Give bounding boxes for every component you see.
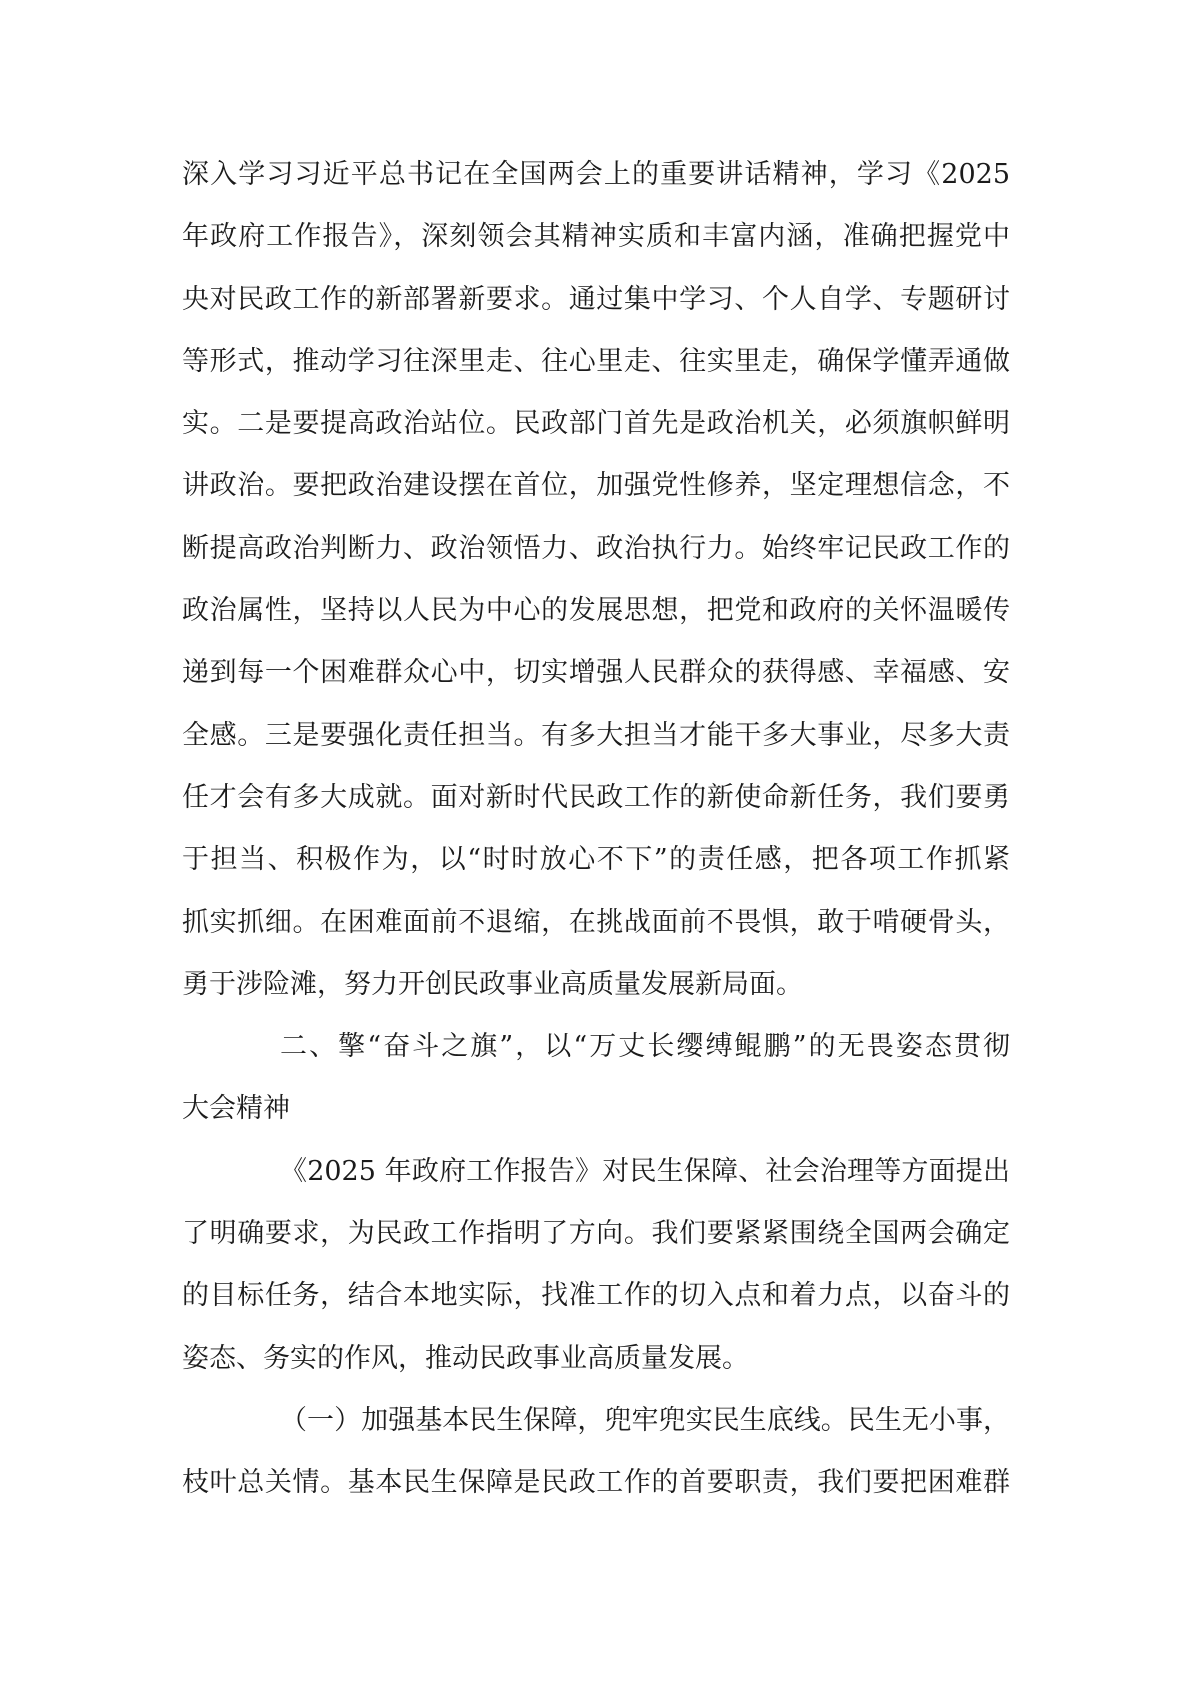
text-line: 实。二是要提高政治站位。民政部门首先是政治机关，必须旗帜鲜明 [182,393,1010,455]
paragraph-political-study: 深入学习习近平总书记在全国两会上的重要讲话精神，学习《2025 年政府工作报告》… [182,144,1010,1016]
text-line: 姿态、务实的作风，推动民政事业高质量发展。 [182,1328,1010,1390]
document-body: 深入学习习近平总书记在全国两会上的重要讲话精神，学习《2025 年政府工作报告》… [182,144,1010,1515]
text-line: 讲政治。要把政治建设摆在首位，加强党性修养，坚定理想信念，不 [182,455,1010,517]
section-heading-2: 二、擎“奋斗之旗”，以“万丈长缨缚鲲鹏”的无畏姿态贯彻 大会精神 [182,1016,1010,1141]
document-page: 深入学习习近平总书记在全国两会上的重要讲话精神，学习《2025 年政府工作报告》… [0,0,1190,1683]
text-line: 断提高政治判断力、政治领悟力、政治执行力。始终牢记民政工作的 [182,518,1010,580]
text-line: 任才会有多大成就。面对新时代民政工作的新使命新任务，我们要勇 [182,767,1010,829]
text-line: 政治属性，坚持以人民为中心的发展思想，把党和政府的关怀温暖传 [182,580,1010,642]
text-line: 年政府工作报告》，深刻领会其精神实质和丰富内涵，准确把握党中 [182,206,1010,268]
text-line: 深入学习习近平总书记在全国两会上的重要讲话精神，学习《2025 [182,144,1010,206]
text-line: 央对民政工作的新部署新要求。通过集中学习、个人自学、专题研讨 [182,269,1010,331]
text-line: 勇于涉险滩，努力开创民政事业高质量发展新局面。 [182,954,1010,1016]
text-line: 等形式，推动学习往深里走、往心里走、往实里走，确保学懂弄通做 [182,331,1010,393]
text-line: （一）加强基本民生保障，兜牢兜实民生底线。民生无小事， [182,1390,1010,1452]
paragraph-report-requirements: 《2025 年政府工作报告》对民生保障、社会治理等方面提出 了明确要求，为民政工… [182,1141,1010,1390]
subsection-1-livelihood: （一）加强基本民生保障，兜牢兜实民生底线。民生无小事， 枝叶总关情。基本民生保障… [182,1390,1010,1515]
text-line: 全感。三是要强化责任担当。有多大担当才能干多大事业，尽多大责 [182,705,1010,767]
text-line: 抓实抓细。在困难面前不退缩，在挑战面前不畏惧，敢于啃硬骨头， [182,892,1010,954]
text-line: 递到每一个困难群众心中，切实增强人民群众的获得感、幸福感、安 [182,642,1010,704]
text-line: 的目标任务，结合本地实际，找准工作的切入点和着力点，以奋斗的 [182,1265,1010,1327]
text-line: 于担当、积极作为，以“时时放心不下”的责任感，把各项工作抓紧 [182,829,1010,891]
text-line: 枝叶总关情。基本民生保障是民政工作的首要职责，我们要把困难群 [182,1452,1010,1514]
heading-line: 大会精神 [182,1078,1010,1140]
heading-line: 二、擎“奋斗之旗”，以“万丈长缨缚鲲鹏”的无畏姿态贯彻 [182,1016,1010,1078]
text-line: 《2025 年政府工作报告》对民生保障、社会治理等方面提出 [182,1141,1010,1203]
text-line: 了明确要求，为民政工作指明了方向。我们要紧紧围绕全国两会确定 [182,1203,1010,1265]
